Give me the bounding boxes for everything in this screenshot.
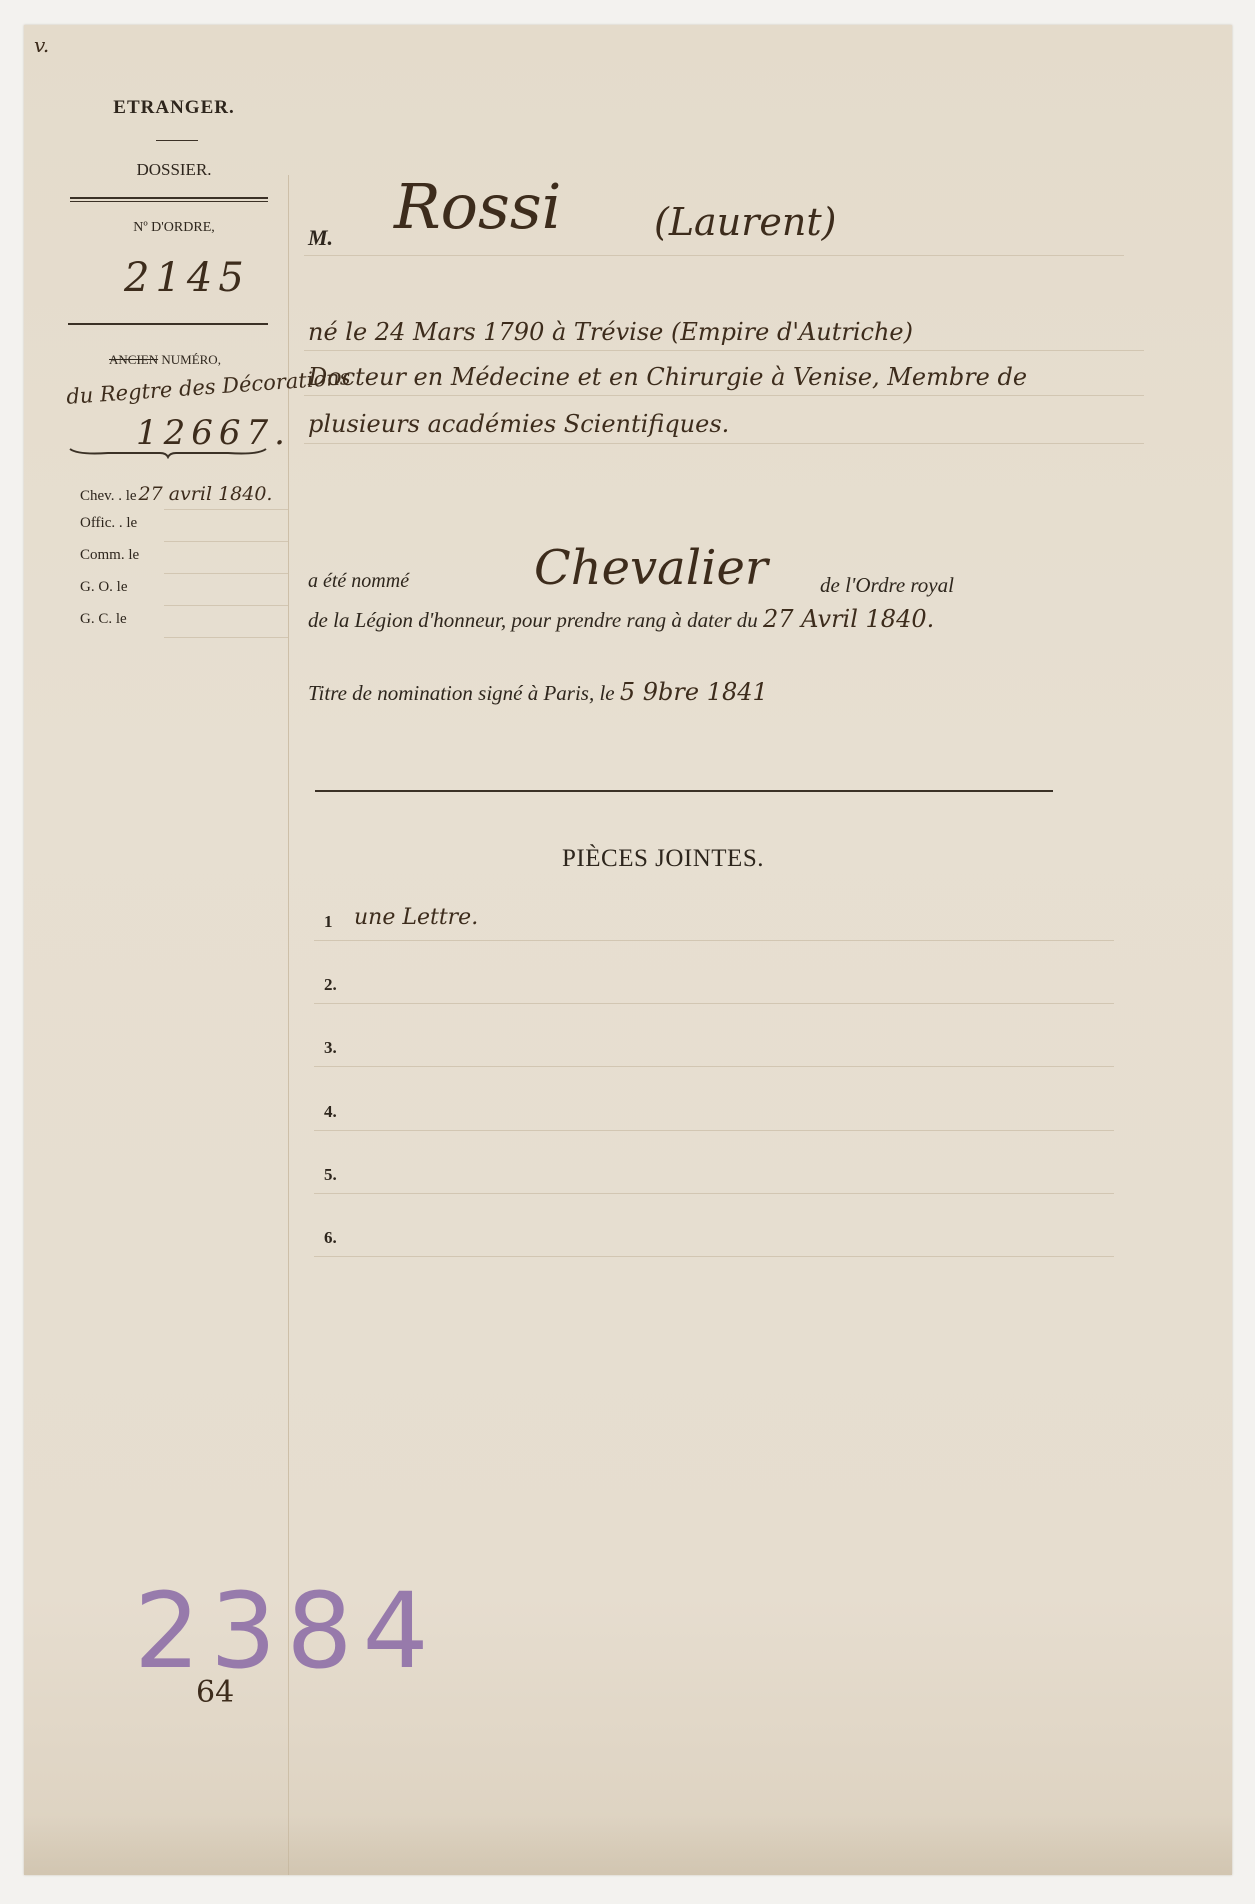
piece-line — [314, 1066, 1114, 1067]
given-name: (Laurent) — [654, 200, 836, 244]
grade-awarded: Chevalier — [534, 540, 768, 596]
bio-line-3: plusieurs académies Scientifiques. — [308, 410, 729, 438]
piece-number: 5. — [324, 1165, 337, 1185]
double-rule-bottom — [70, 201, 268, 202]
grade-line — [164, 541, 288, 542]
honorific: M. — [308, 225, 333, 251]
bio-rule — [304, 395, 1144, 396]
header-dash — [156, 140, 198, 141]
grade-label: G. C. le — [80, 611, 127, 627]
piece-value: une Lettre. — [354, 905, 478, 930]
piece-line — [314, 1130, 1114, 1131]
archive-stamp: 2384 — [134, 1570, 439, 1692]
bio-line-2: Docteur en Médecine et en Chirurgie à Ve… — [308, 363, 1027, 391]
stamp-sub-number: 64 — [196, 1675, 234, 1710]
titre-line: Titre de nomination signé à Paris, le 5 … — [308, 678, 768, 706]
numero-label: NUMÉRO, — [161, 352, 221, 367]
legion-text: de la Légion d'honneur, pour prendre ran… — [308, 608, 758, 632]
piece-number: 1 — [324, 912, 333, 932]
ancien-numero-label: ANCIEN NUMÉRO, — [109, 352, 221, 368]
grade-grand-officier: G. O. le — [80, 579, 128, 596]
piece-line — [314, 1256, 1114, 1257]
piece-number: 4. — [324, 1102, 337, 1122]
grade-line — [164, 573, 288, 574]
bio-line-1: né le 24 Mars 1790 à Trévise (Empire d'A… — [308, 318, 913, 346]
corner-mark: v. — [34, 33, 49, 57]
legion-line: de la Légion d'honneur, pour prendre ran… — [308, 605, 934, 633]
order-text: de l'Ordre royal — [820, 573, 954, 598]
document-page: v. ETRANGER. DOSSIER. Nº D'ORDRE, 2145 A… — [24, 25, 1232, 1875]
ordre-number: 2145 — [124, 255, 250, 301]
grade-commandeur: Comm. le — [80, 547, 139, 564]
double-rule-top — [70, 197, 268, 199]
grade-grand-croix: G. C. le — [80, 611, 127, 628]
bio-rule — [304, 443, 1144, 444]
ordre-label: Nº D'ORDRE, — [84, 220, 264, 236]
grade-chevalier: Chev. . le27 avril 1840. — [80, 483, 272, 505]
titre-text: Titre de nomination signé à Paris, le — [308, 681, 615, 705]
piece-number: 3. — [324, 1038, 337, 1058]
category-heading: ETRANGER. — [84, 97, 264, 119]
titre-date: 5 9bre 1841 — [620, 678, 768, 706]
ordre-rule — [68, 323, 268, 325]
piece-number: 2. — [324, 975, 337, 995]
piece-line — [314, 1193, 1114, 1194]
rank-date: 27 Avril 1840. — [763, 605, 934, 633]
surname: Rossi — [394, 170, 561, 243]
grade-date: 27 avril 1840. — [139, 483, 273, 505]
piece-line — [314, 1003, 1114, 1004]
pieces-jointes-title: PIÈCES JOINTES. — [424, 845, 902, 873]
section-separator — [315, 790, 1053, 792]
grade-label: Offic. . le — [80, 515, 137, 531]
dossier-heading: DOSSIER. — [84, 160, 264, 180]
grade-line — [164, 605, 288, 606]
piece-line — [314, 940, 1114, 941]
grade-label: G. O. le — [80, 579, 128, 595]
grade-label: Comm. le — [80, 547, 139, 563]
name-line — [304, 255, 1124, 256]
piece-number: 6. — [324, 1228, 337, 1248]
nomination-prefix: a été nommé — [308, 570, 409, 593]
ancien-struck: ANCIEN — [109, 352, 158, 367]
curly-rule — [68, 445, 268, 459]
grade-officier: Offic. . le — [80, 515, 137, 532]
grade-line — [164, 637, 288, 638]
bio-rule — [304, 350, 1144, 351]
grade-label: Chev. . le — [80, 488, 137, 504]
grade-line — [164, 509, 288, 510]
